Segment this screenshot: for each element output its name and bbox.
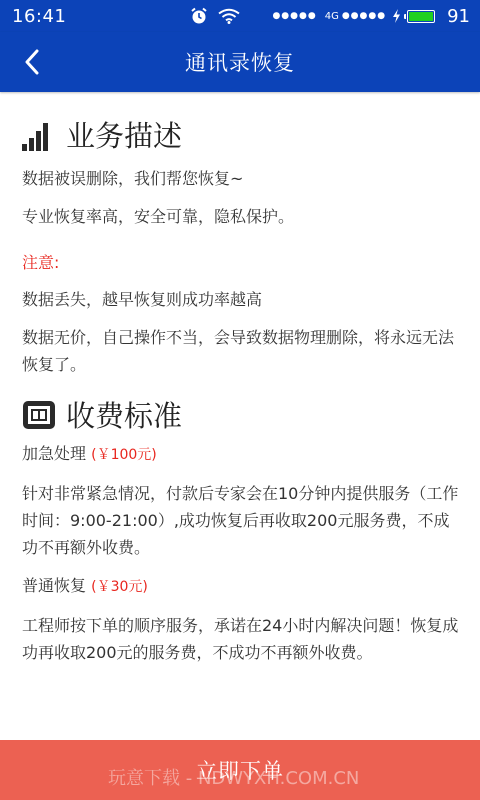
section-title: 收费标准 <box>66 394 182 435</box>
status-icons: ●●●●● 4G ●●●●● 91 <box>190 6 470 27</box>
note-1: 数据丢失，越早恢复则成功率越高 <box>22 286 460 313</box>
status-time: 16:41 <box>12 6 66 27</box>
alarm-icon <box>190 7 208 25</box>
note-2: 数据无价，自己操作不当，会导致数据物理删除，将永远无法恢复了。 <box>22 324 460 378</box>
urgent-plan-price: (￥100元) <box>91 447 157 463</box>
main-content: 业务描述 数据被误删除，我们帮您恢复~ 专业恢复率高，安全可靠，隐私保护。 注意… <box>0 92 480 666</box>
normal-plan-description: 工程师按下单的顺序服务，承诺在24小时内解决问题！恢复成功再收取200元的服务费… <box>22 612 460 666</box>
charging-icon <box>392 9 401 23</box>
notice-label: 注意: <box>22 249 460 276</box>
network-type: 4G <box>325 11 339 22</box>
wifi-icon <box>218 8 240 24</box>
signal-strength-1: ●●●●● <box>272 11 316 21</box>
nav-bar: 通讯录恢复 <box>0 32 480 92</box>
urgent-plan-label: 加急处理 <box>22 444 86 463</box>
urgent-plan-description: 针对非常紧急情况，付款后专家会在10分钟内提供服务（工作时间：9:00-21:0… <box>22 480 460 561</box>
section-heading-pricing: 收费标准 <box>22 394 460 435</box>
card-icon <box>22 399 58 431</box>
battery-percent: 91 <box>447 6 470 27</box>
battery-icon <box>407 10 435 23</box>
signal-strength-2: ●●●●● <box>342 11 386 21</box>
status-bar: 16:41 ●●●●● 4G ●●●●● 91 <box>0 0 480 32</box>
normal-plan-price: (￥30元) <box>91 579 148 595</box>
page-title: 通讯录恢复 <box>185 47 295 77</box>
business-line-2: 专业恢复率高，安全可靠，隐私保护。 <box>22 203 460 230</box>
urgent-plan-row: 加急处理 (￥100元) <box>22 440 460 469</box>
chevron-left-icon <box>23 49 41 75</box>
order-now-button[interactable]: 立即下单 <box>0 740 480 800</box>
back-button[interactable] <box>16 46 48 78</box>
signal-bars-icon <box>22 119 58 151</box>
section-heading-business: 业务描述 <box>22 114 460 155</box>
normal-plan-row: 普通恢复 (￥30元) <box>22 572 460 601</box>
business-line-1: 数据被误删除，我们帮您恢复~ <box>22 165 460 192</box>
section-title: 业务描述 <box>66 114 182 155</box>
normal-plan-label: 普通恢复 <box>22 576 86 595</box>
